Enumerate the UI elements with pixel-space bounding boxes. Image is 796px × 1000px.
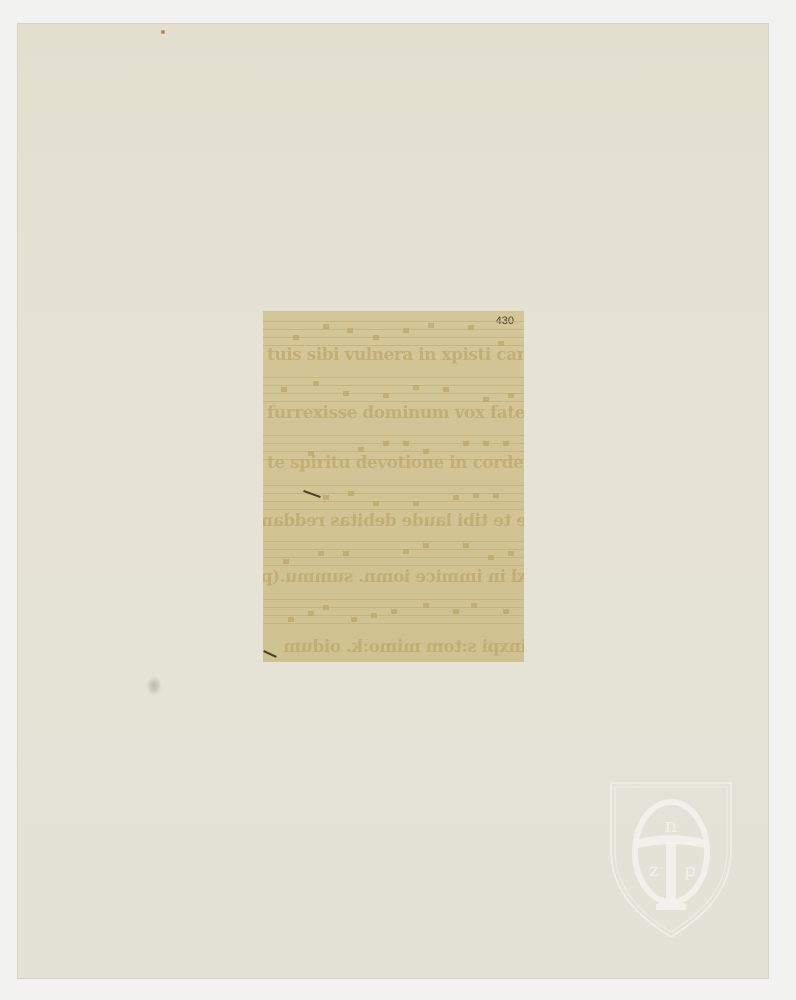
svg-text:p: p (684, 860, 696, 881)
text-line: furrexisse dominum vox fateatur pub (267, 403, 524, 423)
text-line-mirrored: e te tibi laude debitas reddamus or (267, 511, 524, 531)
text-line-mirrored: inxpi s:tom mimo:k. oidum (267, 637, 524, 657)
svg-text:z: z (649, 860, 658, 881)
svg-text:n: n (665, 813, 678, 837)
music-staff (263, 537, 524, 571)
manuscript-photo: 430 tuis sibi vulnera in xpisti carne fu… (263, 311, 524, 662)
music-staff (263, 373, 524, 407)
text-line: tuis sibi vulnera in xpisti carne fu (267, 345, 524, 365)
music-staff (263, 481, 524, 515)
text-line: te spiritu devotione in corde nostr (267, 453, 524, 473)
music-staff (263, 595, 524, 629)
foxing-spot (161, 30, 165, 34)
smudge-mark (146, 676, 162, 696)
text-line-mirrored: xl in immice iomn. summu.(p) xo (267, 567, 524, 587)
watermark-crest-icon: n z p (608, 780, 734, 940)
